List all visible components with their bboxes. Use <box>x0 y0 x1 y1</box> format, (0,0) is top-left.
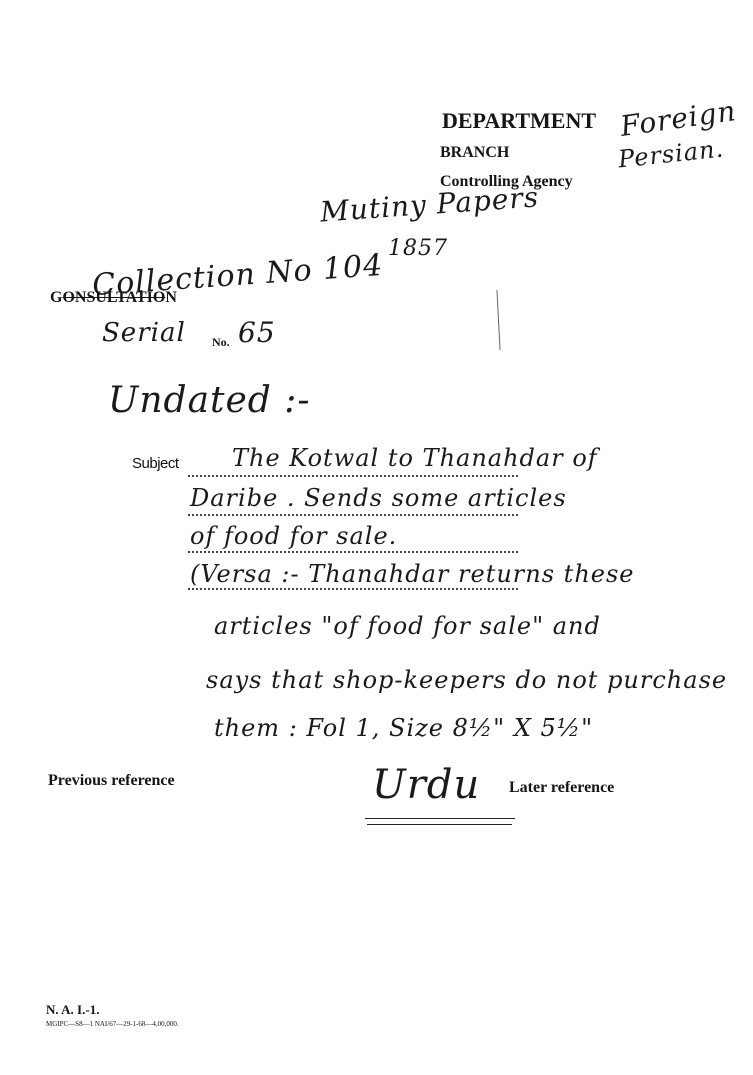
subject-dotted-line-4 <box>188 588 518 590</box>
serial-handwritten: Serial <box>102 318 186 348</box>
department-label: DEPARTMENT <box>442 108 596 134</box>
subject-line-5: articles "of food for sale" and <box>214 612 601 640</box>
subject-dotted-line-3 <box>188 551 518 553</box>
language-value: Urdu <box>372 762 480 808</box>
later-reference-label: Later reference <box>509 779 614 797</box>
date-value: Undated :- <box>108 380 311 421</box>
subject-line-7: them : Fol 1, Size 8½" X 5½" <box>214 714 593 742</box>
number-label: No. <box>212 335 230 350</box>
previous-reference-label: Previous reference <box>48 772 175 790</box>
subject-dotted-line-2 <box>188 514 518 516</box>
pencil-mark <box>496 290 500 350</box>
agency-value: Mutiny Papers <box>319 180 540 228</box>
subject-dotted-line-1 <box>188 475 518 477</box>
subject-line-3: of food for sale. <box>190 522 397 550</box>
consultation-label: GONSULTATION <box>50 289 177 307</box>
year: 1857 <box>388 236 448 261</box>
form-code: N. A. I.-1. <box>46 1002 99 1018</box>
branch-label: BRANCH <box>440 144 509 162</box>
consultation-suffix: N <box>165 289 177 306</box>
language-underline <box>365 818 515 819</box>
subject-label: Subject <box>132 455 179 472</box>
consultation-struck: ONSULTATIO <box>62 289 165 306</box>
subject-line-4: (Versa :- Thanahdar returns these <box>190 560 635 588</box>
language-underline-2 <box>367 824 512 825</box>
serial-number: 65 <box>238 316 276 349</box>
subject-line-6: says that shop-keepers do not purchase <box>206 666 727 694</box>
print-line: MGIPC—S8—1 NAI/67—29-1-68—4,00,000. <box>46 1020 179 1028</box>
subject-line-2: Daribe . Sends some articles <box>190 484 567 512</box>
subject-line-1: The Kotwal to Thanahdar of <box>232 444 598 472</box>
consultation-prefix: G <box>50 289 62 306</box>
